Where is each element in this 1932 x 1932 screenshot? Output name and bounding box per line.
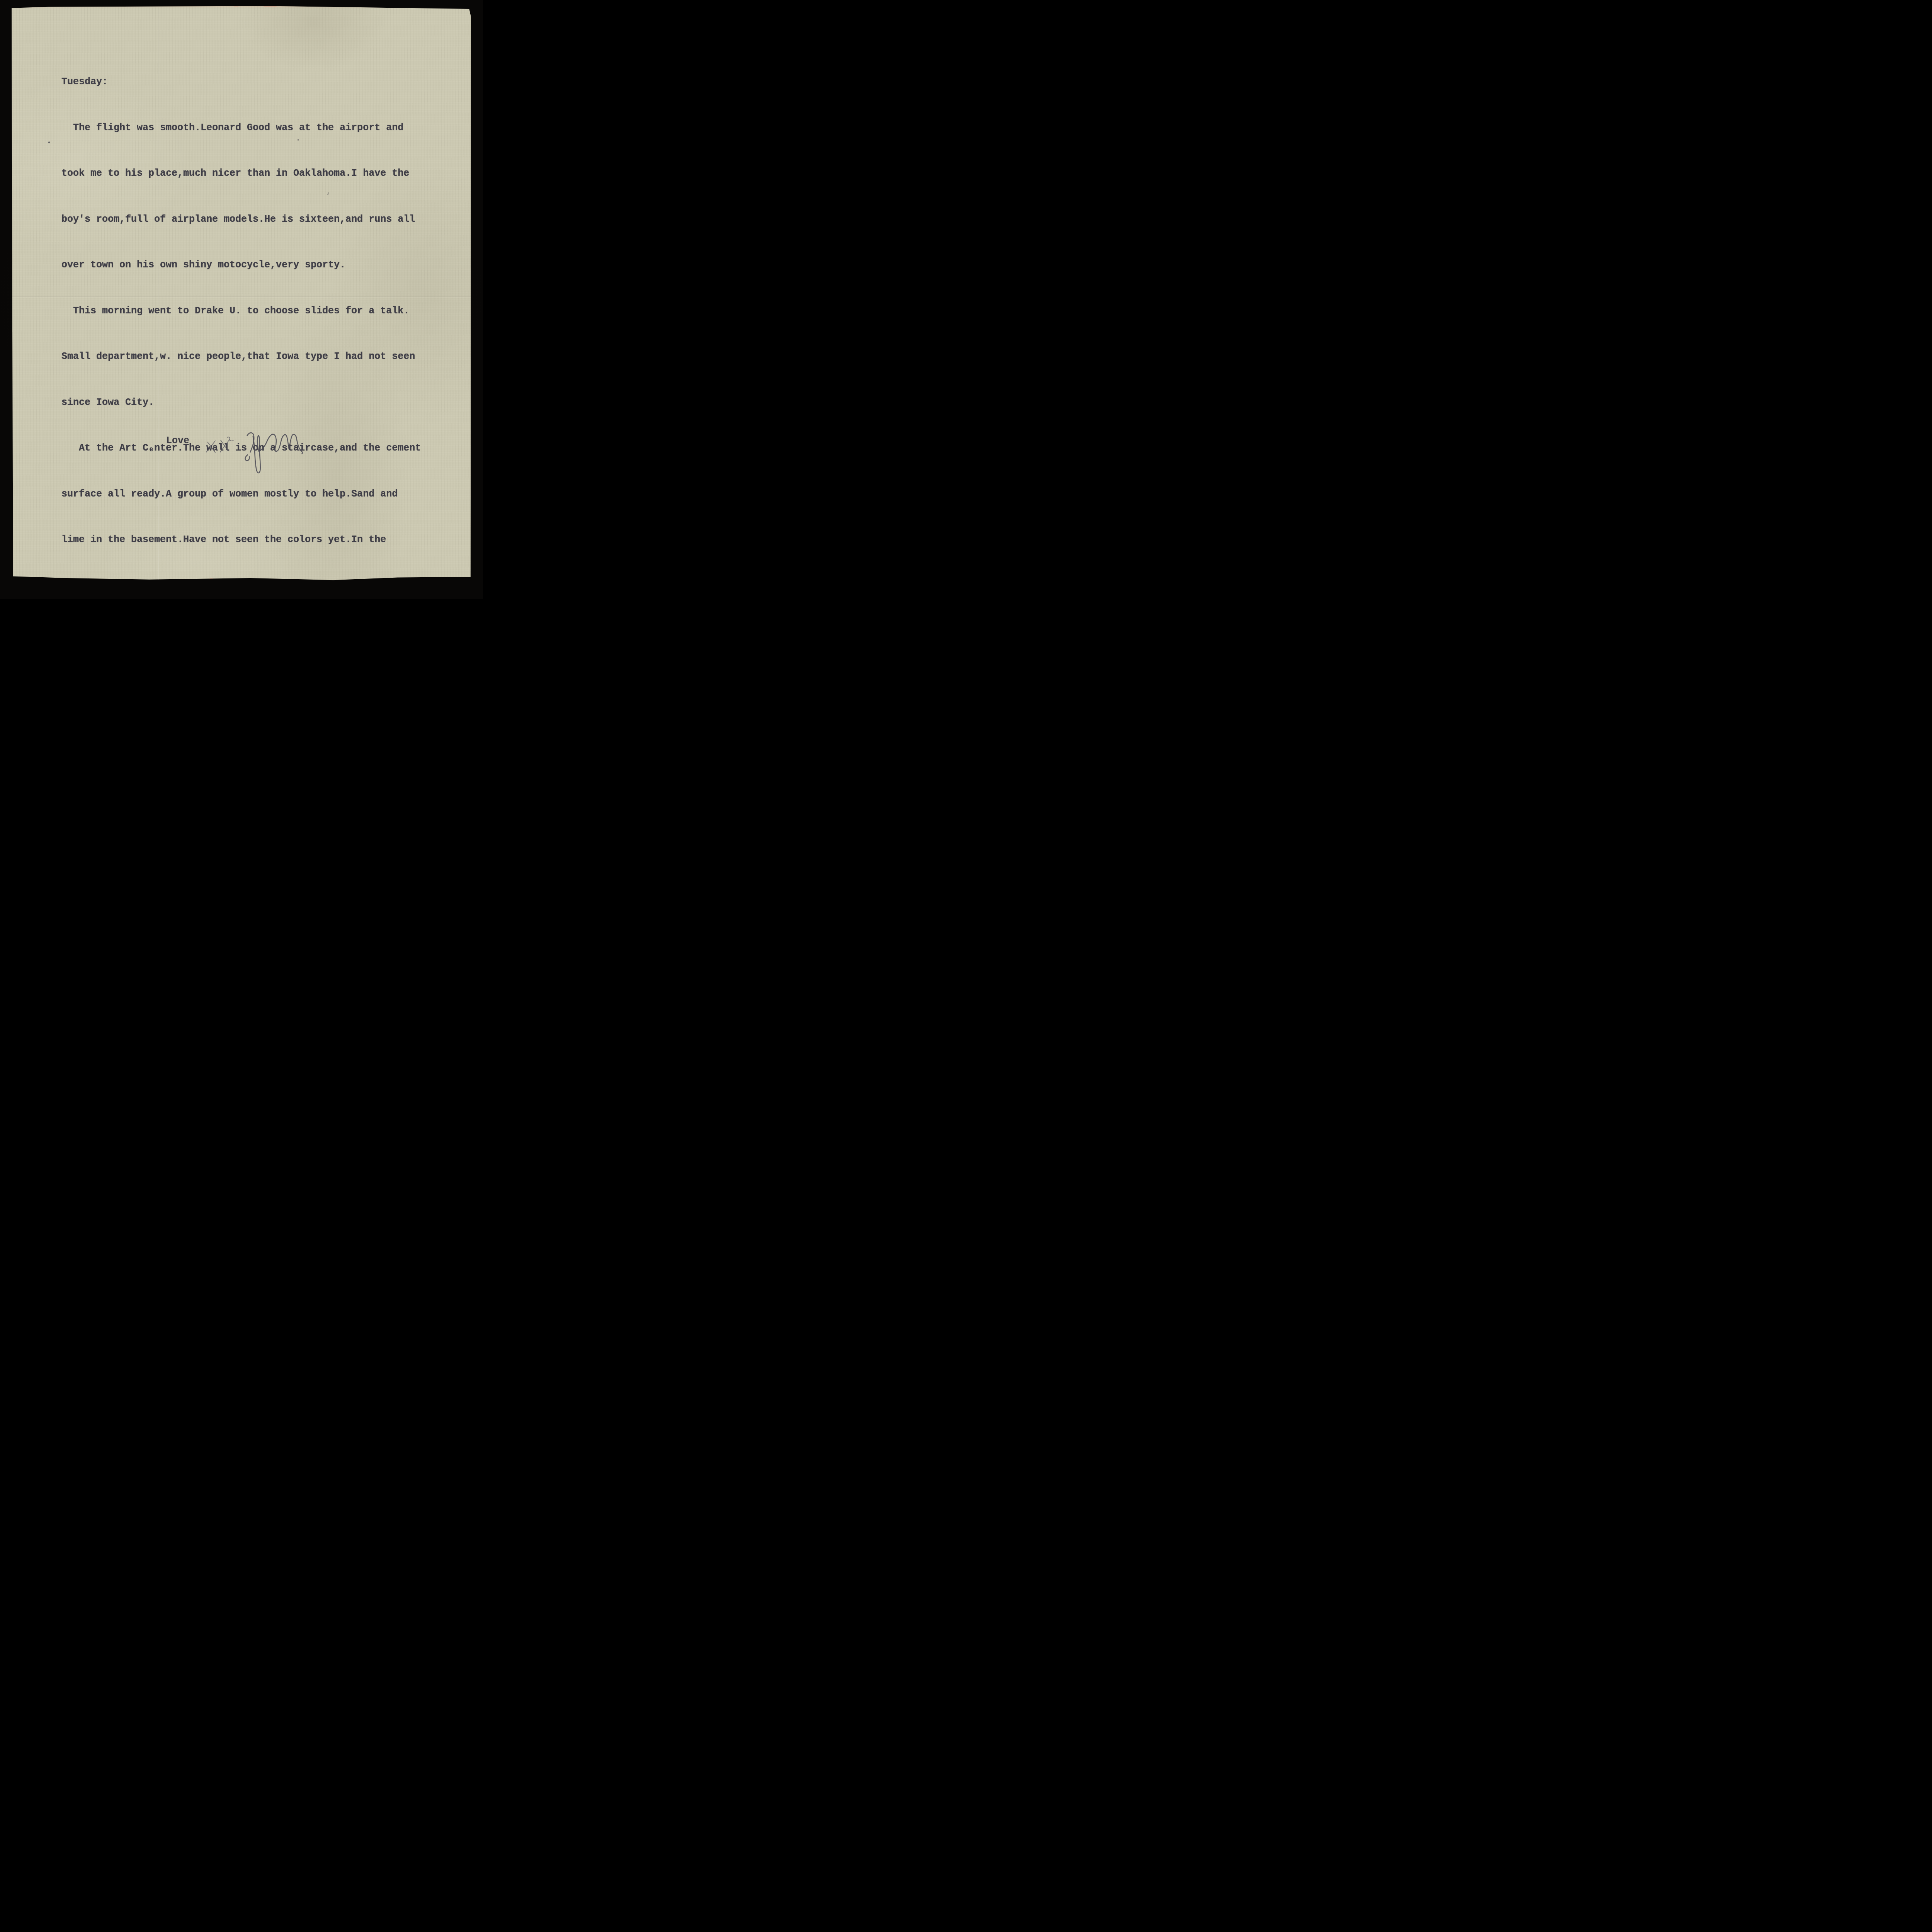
closing-love: Love bbox=[166, 433, 189, 449]
pink-edge-mark bbox=[234, 6, 238, 7]
letter-line: Tuesday: bbox=[61, 74, 421, 90]
letter-line: over town on his own shiny motocycle,ver… bbox=[61, 257, 421, 273]
letter-line: boy's room,full of airplane models.He is… bbox=[61, 212, 421, 227]
letter-line: afternoon,we papered the wall,all ready … bbox=[61, 578, 421, 594]
letter-line: At the Art Cₑnter.The wall is on a stair… bbox=[61, 440, 421, 456]
letter-paper: Tuesday: The flight was smooth.Leonard G… bbox=[12, 5, 471, 580]
paper-top-edge-tint bbox=[12, 5, 471, 8]
signature-jean bbox=[243, 425, 307, 483]
pink-edge-mark bbox=[264, 5, 277, 7]
handwritten-kisses-xx bbox=[203, 435, 234, 456]
letter-line: This morning went to Drake U. to choose … bbox=[61, 303, 421, 319]
scanned-letter-page: Tuesday: The flight was smooth.Leonard G… bbox=[0, 0, 483, 599]
letter-line: Small department,w. nice people,that Iow… bbox=[61, 349, 421, 364]
stray-ink-dot-after-iowa bbox=[298, 139, 299, 141]
letter-body: Tuesday: The flight was smooth.Leonard G… bbox=[61, 44, 421, 599]
letter-line: The flight was smooth.Leonard Good was a… bbox=[61, 120, 421, 136]
stray-ink-dot-left-margin bbox=[48, 141, 50, 143]
letter-line: since Iowa City. bbox=[61, 395, 421, 410]
letter-line: surface all ready.A group of women mostl… bbox=[61, 486, 421, 502]
letter-line: lime in the basement.Have not seen the c… bbox=[61, 532, 421, 548]
letter-line: took me to his place,much nicer than in … bbox=[61, 166, 421, 181]
pink-edge-mark bbox=[209, 578, 213, 580]
